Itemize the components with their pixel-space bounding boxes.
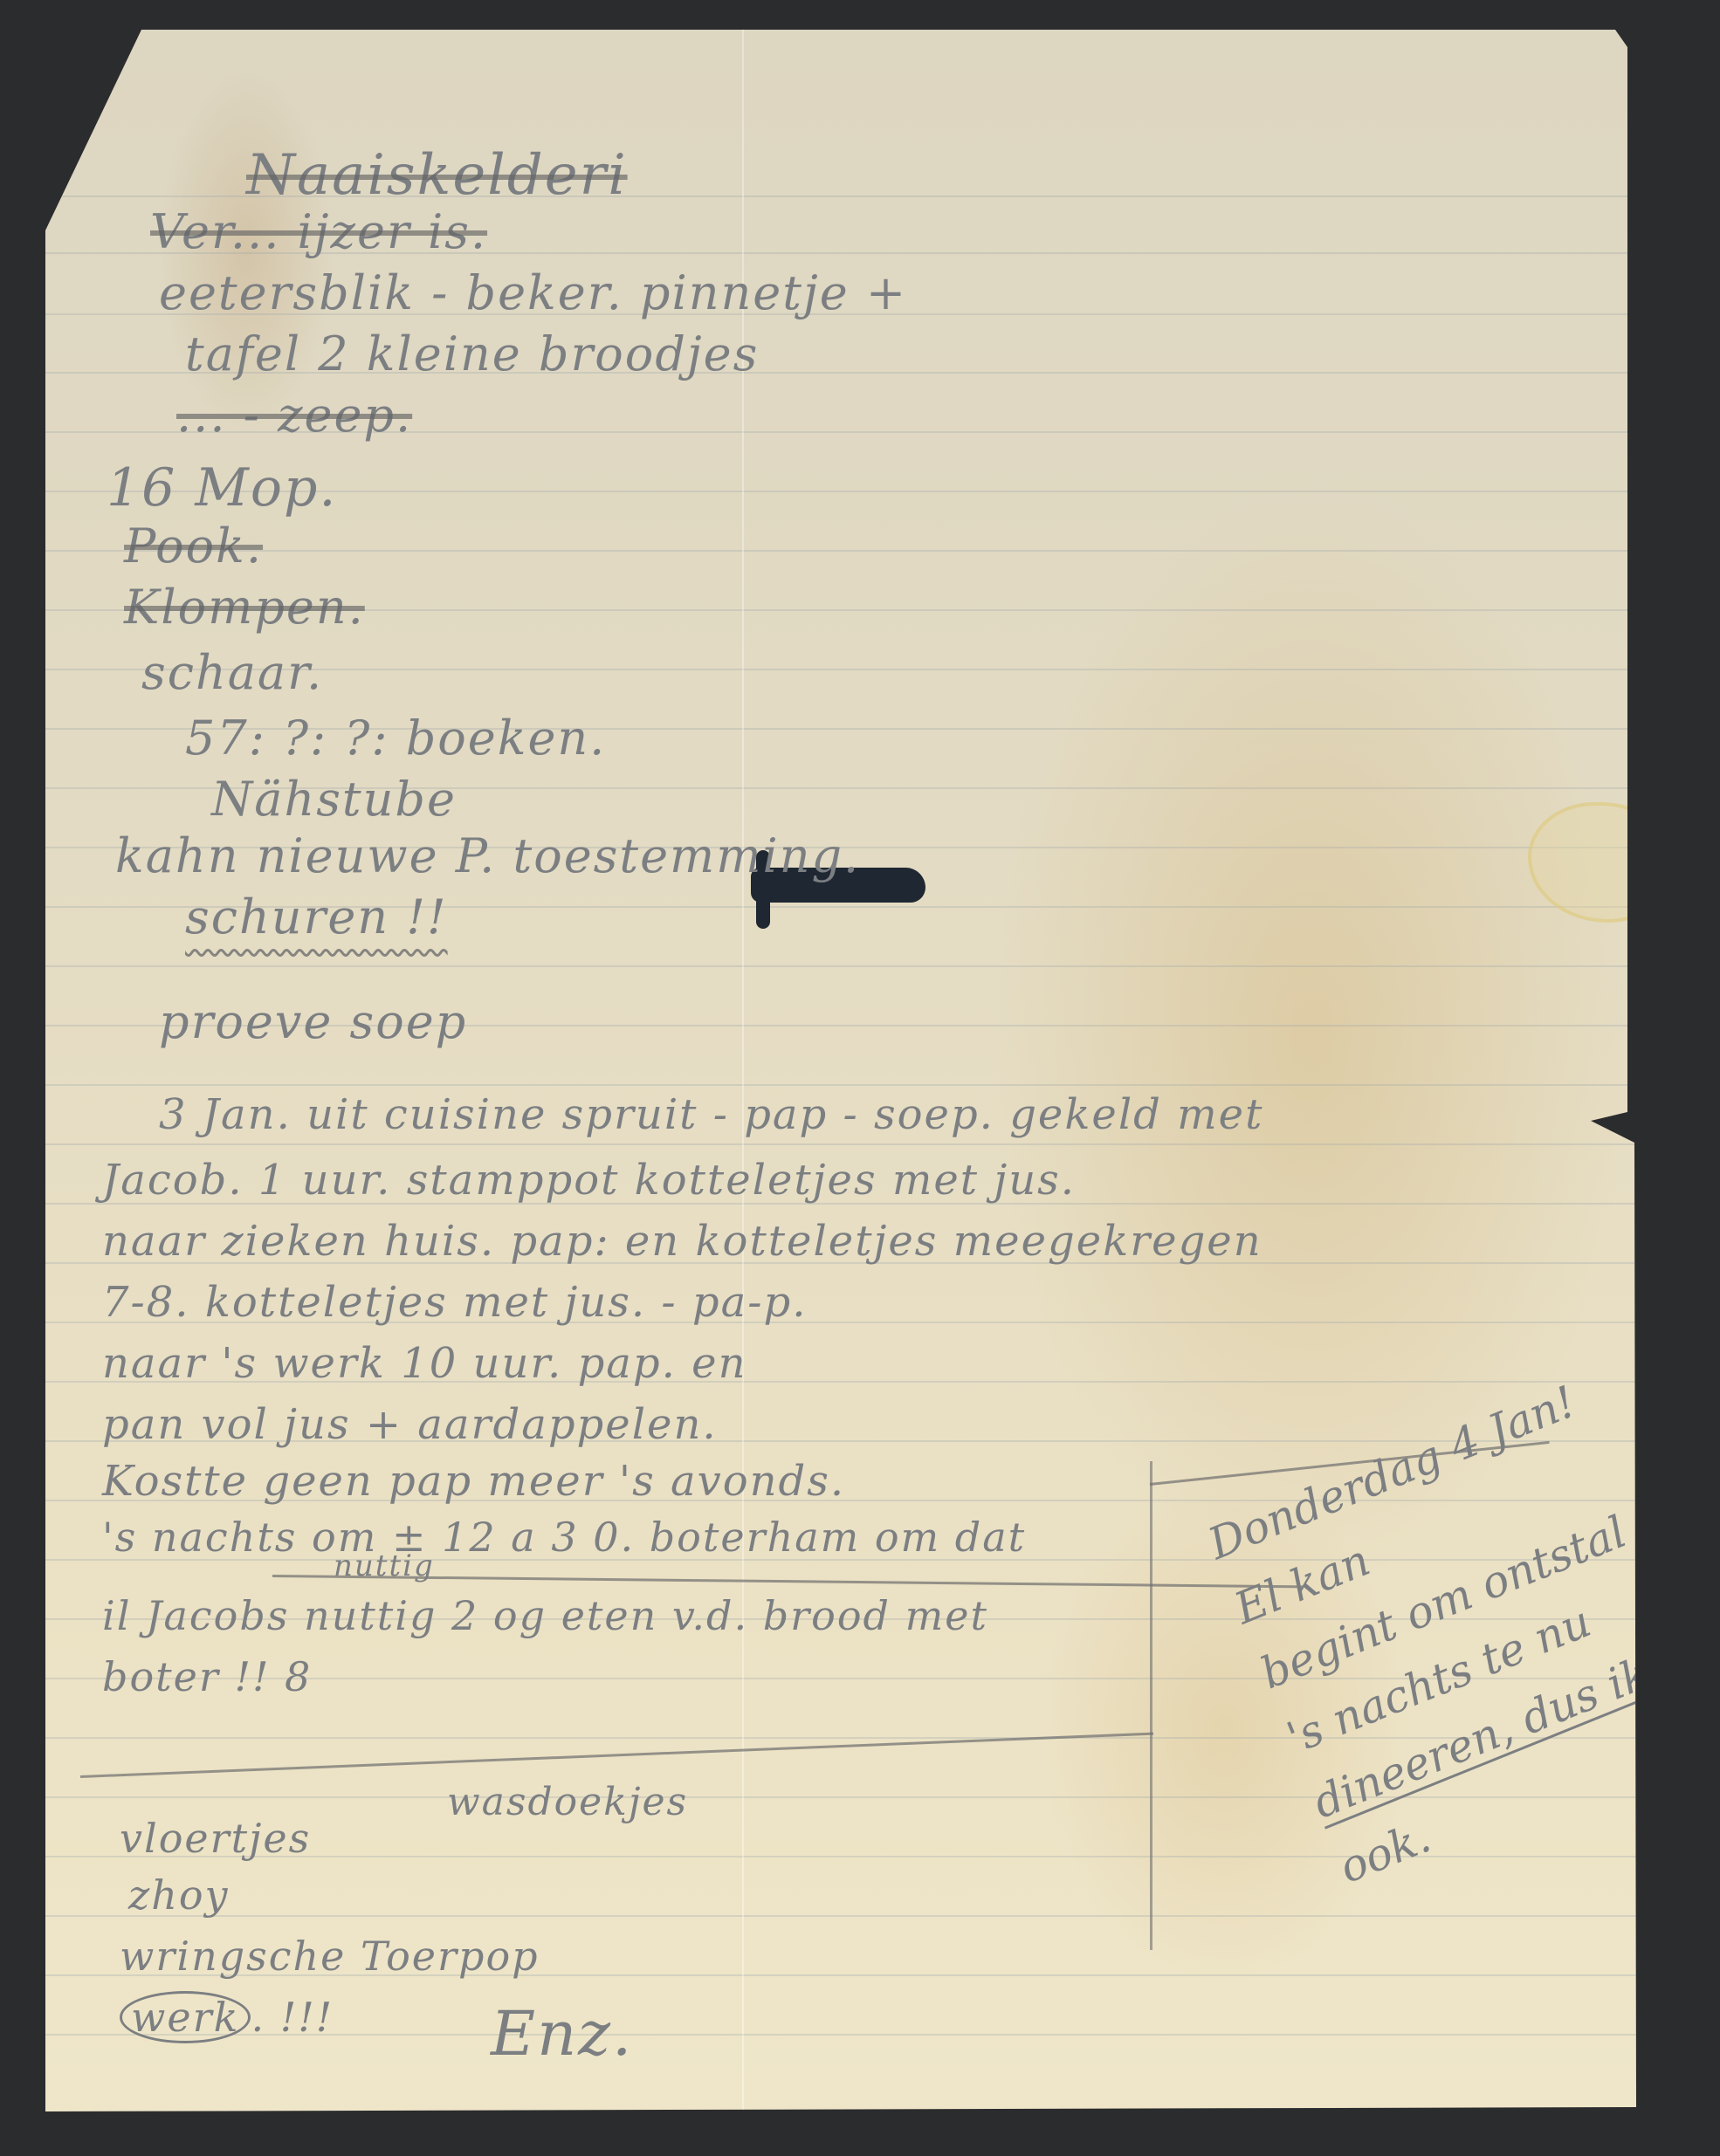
list-item: Ver... ijzer is. — [150, 204, 487, 259]
diary-line: 3 Jan. uit cuisine spruit - pap - soep. … — [159, 1090, 1263, 1139]
diary-line: Jacob. 1 uur. stamppot kotteletjes met j… — [102, 1156, 1076, 1205]
list-item: ... - zeep. — [176, 388, 412, 443]
list-item: kahn nieuwe P. toestemming. — [115, 828, 860, 883]
list-item: schuren !! — [185, 889, 448, 944]
interlinear-insert: nuttig — [334, 1548, 435, 1583]
list-item: wringsche Toerpop — [120, 1933, 540, 1980]
diary-line: Kostte geen pap meer 's avonds. — [102, 1457, 845, 1506]
circled-word: werk — [120, 1991, 251, 2043]
list-item: proeve soep — [159, 994, 467, 1049]
list-item: 16 Mop. — [107, 457, 337, 518]
scanned-document: Naaiskelderi Ver... ijzer is. eetersblik… — [0, 0, 1720, 2156]
section-divider — [80, 1733, 1153, 1778]
ruled-line — [45, 1084, 1678, 1086]
list-item: tafel 2 kleine broodjes — [185, 326, 759, 381]
list-item: Klompen. — [124, 580, 365, 635]
ruled-line — [45, 1915, 1678, 1917]
list-item: Nähstube — [211, 772, 457, 827]
diary-line: naar 's werk 10 uur. pap. en — [102, 1339, 746, 1388]
list-item: 57: ?: ?: boeken. — [185, 711, 606, 766]
diary-line: boter !! 8 — [102, 1653, 312, 1700]
diary-line: pan vol jus + aardappelen. — [102, 1400, 718, 1449]
list-item: Enz. — [491, 1998, 633, 2070]
diary-line: il Jacobs nuttig 2 og eten v.d. brood me… — [102, 1592, 988, 1639]
ruled-line — [45, 1143, 1678, 1145]
paper-sheet: Naaiskelderi Ver... ijzer is. eetersblik… — [45, 30, 1678, 2111]
water-stain — [1528, 802, 1675, 923]
diary-line: naar zieken huis. pap: en kotteletjes me… — [102, 1217, 1262, 1266]
list-item: eetersblik - beker. pinnetje + — [159, 265, 907, 320]
list-item: zhoy — [128, 1871, 230, 1919]
list-item: Pook. — [124, 518, 263, 573]
heading: Naaiskelderi — [246, 143, 628, 208]
list-item: vloertjes — [120, 1815, 311, 1862]
diary-line: 's nachts om ± 12 a 3 0. boterham om dat — [102, 1514, 1026, 1561]
margin-box-border — [1150, 1461, 1152, 1950]
exclamation-suffix: . !!! — [251, 1994, 334, 2041]
list-item: schaar. — [141, 645, 323, 700]
list-item: wasdoekjes — [447, 1780, 688, 1824]
list-item: werk. !!! — [120, 1994, 334, 2041]
ruled-line — [45, 550, 1678, 552]
ruled-line — [45, 965, 1678, 967]
diary-line: 7-8. kotteletjes met jus. - pa-p. — [102, 1278, 807, 1327]
margin-note: Donderdag 4 Jan! El kan begint om ontsta… — [1198, 1337, 1720, 1902]
